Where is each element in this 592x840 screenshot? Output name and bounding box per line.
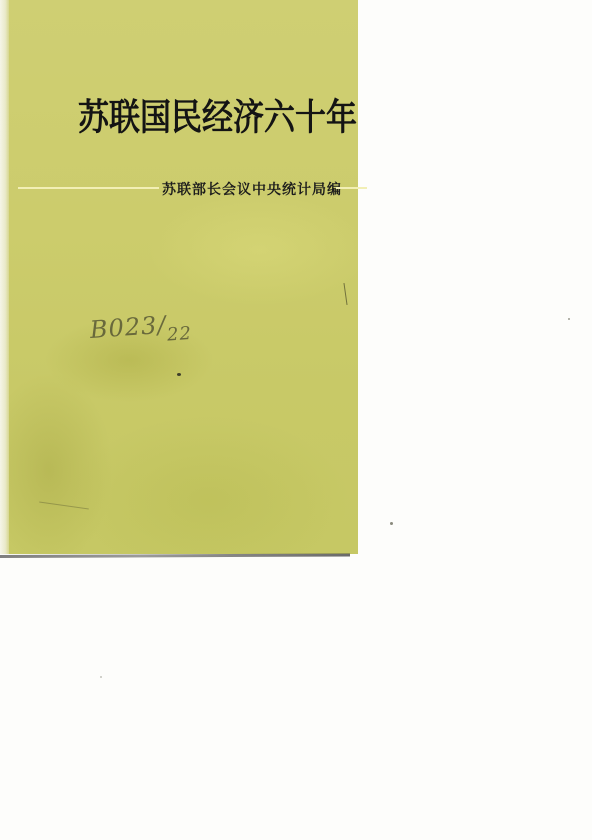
title-rule-left [18,187,159,189]
dust-speck [568,318,570,320]
handwritten-call-number: B023/22 [89,309,192,344]
title-rule-right [336,187,367,189]
book-cover: 苏联国民经济六十年 苏联部长会议中央统计局编 B023/22 [9,0,358,554]
cover-left-edge [0,0,9,554]
book-title: 苏联国民经济六十年 [78,87,368,140]
book-author: 苏联部长会议中央统计局编 [162,179,342,199]
dust-speck [390,522,393,525]
ink-speck [177,373,181,376]
call-number-suffix: 22 [166,323,192,346]
call-number-main: B023/ [89,311,167,344]
cover-bottom-shadow [0,553,350,558]
dust-speck [100,676,102,678]
scanned-page: 苏联国民经济六十年 苏联部长会议中央统计局编 B023/22 [0,0,592,840]
scratch-mark [343,283,347,305]
scratch-mark [39,502,89,510]
